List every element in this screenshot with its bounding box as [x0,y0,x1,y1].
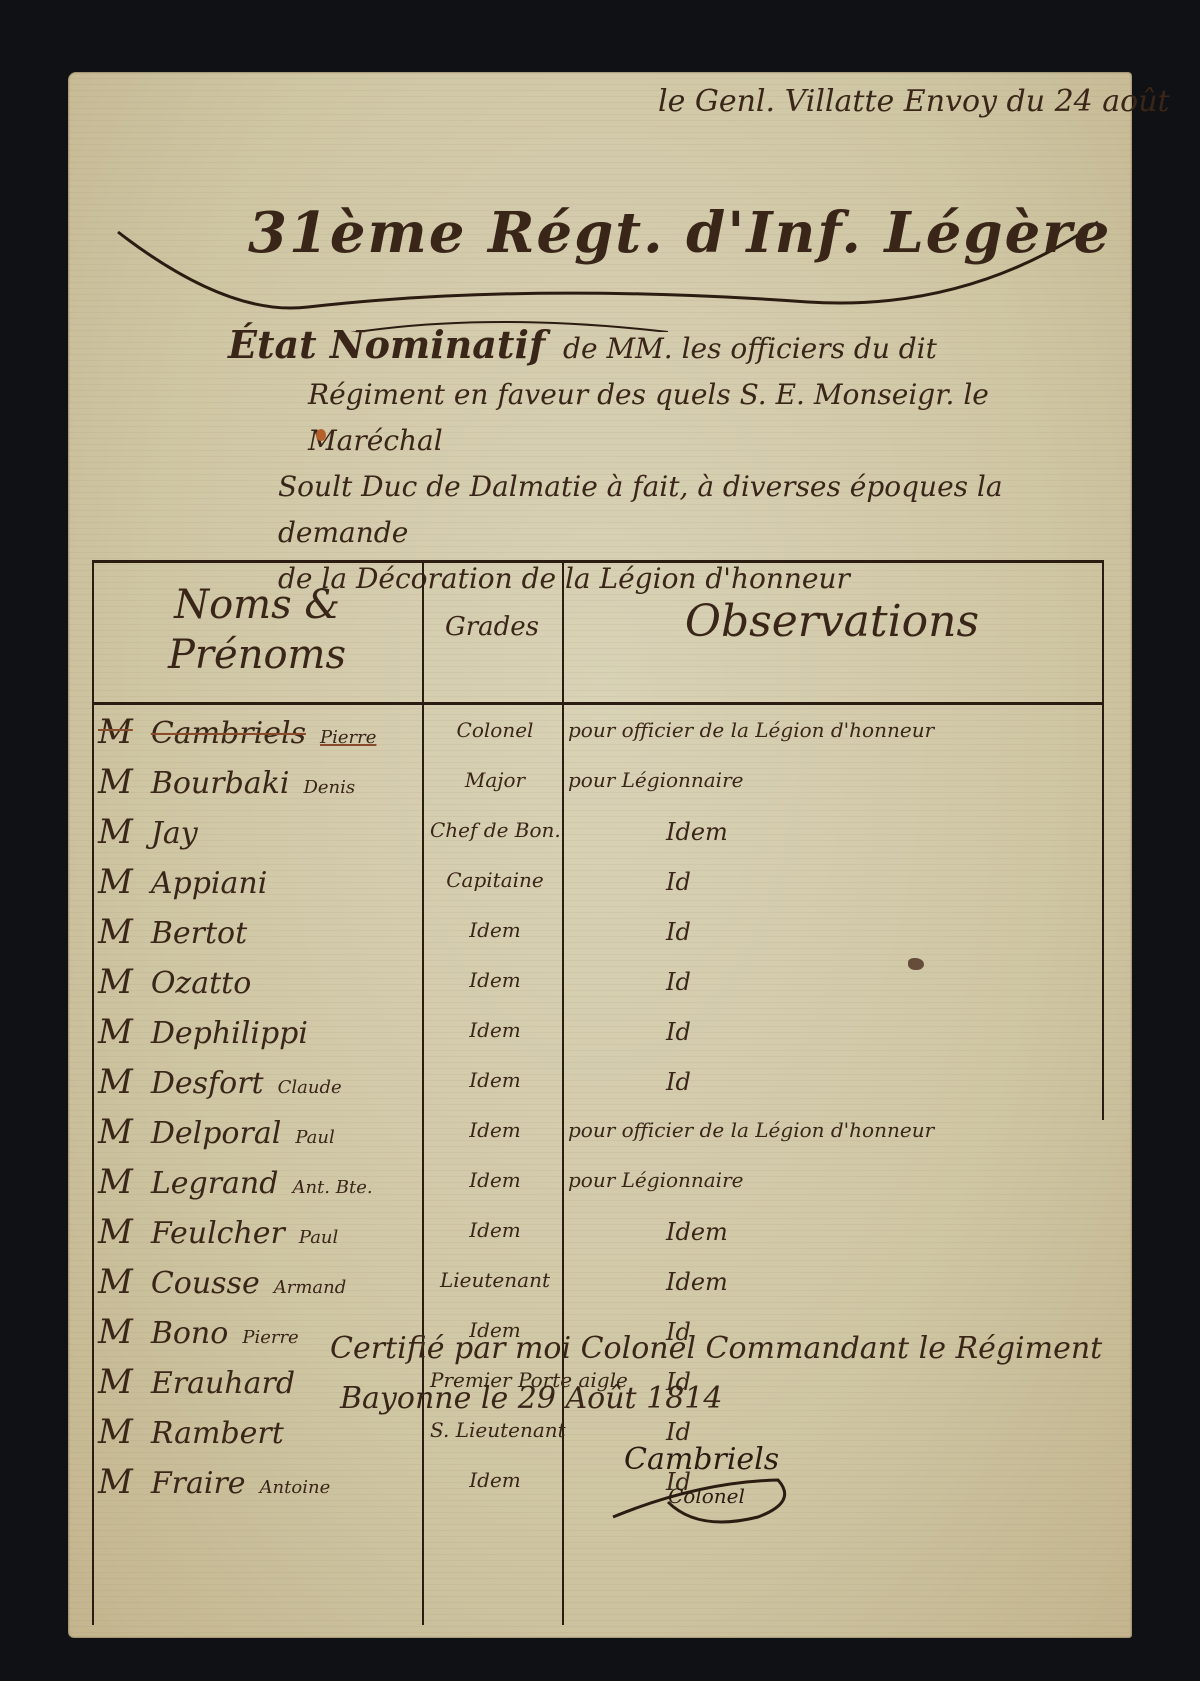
given-name: Denis [303,777,355,798]
given-name: Paul [299,1227,338,1248]
table-row: MCambrielsPierreColonelpour officier de … [92,712,1104,750]
given-name: Ant. Bte. [292,1177,372,1198]
given-name: Armand [274,1277,347,1298]
honorific: M [98,812,133,852]
officer-name: MFeulcherPaul [98,1212,338,1252]
given-name: Claude [278,1077,342,1098]
officer-name: MCousseArmand [98,1262,346,1302]
honorific: M [98,1062,133,1102]
officer-name: MFraireAntoine [98,1462,330,1502]
surname: Legrand [151,1166,279,1201]
ink-blot [908,958,924,970]
grade: Idem [430,1468,560,1492]
intro-lead: État Nominatif [228,322,545,367]
surname: Erauhard [151,1366,295,1401]
officer-name: MDelporalPaul [98,1112,335,1152]
table-row: MFraireAntoineIdemId [92,1462,1104,1500]
officer-name: MDesfortClaude [98,1062,342,1102]
table-row: MDesfortClaudeIdemId [92,1062,1104,1100]
surname: Fraire [151,1466,246,1501]
honorific: M [98,1212,133,1252]
table-row: MDelporalPaulIdempour officier de la Lég… [92,1112,1104,1150]
honorific: M [98,762,133,802]
manuscript-page: le Genl. Villatte Envoy du 24 août 31ème… [68,72,1132,1638]
observation: Idem [568,818,1186,846]
surname: Jay [151,816,198,851]
observation: pour officier de la Légion d'honneur [568,1118,1088,1142]
grade: Major [430,768,560,792]
grade: Idem [430,918,560,942]
observation: Id [568,918,1186,946]
observation: Id [568,1018,1186,1046]
given-name: Paul [295,1127,334,1148]
honorific: M [98,712,133,752]
surname: Bono [151,1316,229,1351]
header-bottom-rule [92,702,1104,705]
observation: Id [568,1068,1186,1096]
signature-title: Colonel [668,1484,745,1508]
grade: Idem [430,1068,560,1092]
observation: pour Légionnaire [568,768,1088,792]
given-name: Antoine [260,1477,331,1498]
honorific: M [98,912,133,952]
honorific: M [98,962,133,1002]
honorific: M [98,1412,133,1452]
honorific: M [98,1162,133,1202]
grade: Idem [430,1168,560,1192]
grade: Colonel [430,718,560,742]
grade: Capitaine [430,868,560,892]
honorific: M [98,1462,133,1502]
table-row: MDephilippiIdemId [92,1012,1104,1050]
honorific: M [98,1012,133,1052]
given-name: Pierre [242,1327,298,1348]
red-wax-spot [316,429,326,441]
grade: Idem [430,1118,560,1142]
surname: Bourbaki [151,766,290,801]
table-row: MLegrandAnt. Bte.Idempour Légionnaire [92,1162,1104,1200]
surname: Ozatto [151,966,251,1001]
certification: Certifié par moi Colonel Commandant le R… [330,1324,1102,1424]
intro-line-3: Soult Duc de Dalmatie à fait, à diverses… [228,464,1128,556]
honorific: M [98,1112,133,1152]
officer-name: MLegrandAnt. Bte. [98,1162,373,1202]
grade: Idem [430,968,560,992]
table-top-rule [92,560,1104,563]
officer-name: MBourbakiDenis [98,762,355,802]
officer-name: MOzatto [98,962,265,1002]
honorific: M [98,862,133,902]
officer-name: MRambert [98,1412,298,1452]
intro-line-2: Régiment en faveur des quels S. E. Monse… [228,372,1128,464]
table-row: MBourbakiDenisMajorpour Légionnaire [92,762,1104,800]
officer-name: MCambrielsPierre [98,712,376,752]
observation: pour officier de la Légion d'honneur [568,718,1088,742]
honorific: M [98,1262,133,1302]
grade: Idem [430,1218,560,1242]
officer-name: MAppiani [98,862,281,902]
intro-line-1: de MM. les officiers du dit [563,332,937,365]
table-row: MFeulcherPaulIdemIdem [92,1212,1104,1250]
surname: Appiani [151,866,267,901]
document-title: 31ème Régt. d'Inf. Légère [248,200,1111,266]
surname: Desfort [151,1066,264,1101]
grade: Lieutenant [430,1268,560,1292]
officer-name: MJay [98,812,212,852]
table-row: MAppianiCapitaineId [92,862,1104,900]
observation: pour Légionnaire [568,1168,1088,1192]
surname: Cousse [151,1266,260,1301]
top-annotation: le Genl. Villatte Envoy du 24 août [658,84,1170,119]
table-row: MBertotIdemId [92,912,1104,950]
officer-name: MErauhard [98,1362,309,1402]
surname: Feulcher [151,1216,285,1251]
header-observations: Observations [572,596,1092,647]
header-names: Noms & Prénoms [112,580,402,680]
surname: Rambert [151,1416,284,1451]
table-row: MJayChef de Bon.Idem [92,812,1104,850]
table-row: MCousseArmandLieutenantIdem [92,1262,1104,1300]
given-name: Pierre [320,727,376,748]
honorific: M [98,1312,133,1352]
certification-line-1: Certifié par moi Colonel Commandant le R… [330,1324,1102,1374]
surname: Cambriels [151,716,306,751]
surname: Delporal [151,1116,282,1151]
officer-name: MDephilippi [98,1012,322,1052]
observation: Idem [568,1218,1186,1246]
grade: Chef de Bon. [430,818,560,842]
officer-name: MBertot [98,912,261,952]
honorific: M [98,1362,133,1402]
observation: Id [568,968,1186,996]
header-grades: Grades [432,612,552,642]
surname: Bertot [151,916,247,951]
surname: Dephilippi [151,1016,308,1051]
officer-name: MBonoPierre [98,1312,299,1352]
observation: Id [568,868,1186,896]
table-row: MOzattoIdemId [92,962,1104,1000]
grade: Idem [430,1018,560,1042]
certification-line-2: Bayonne le 29 Août 1814 [330,1374,1102,1424]
observation: Idem [568,1268,1186,1296]
